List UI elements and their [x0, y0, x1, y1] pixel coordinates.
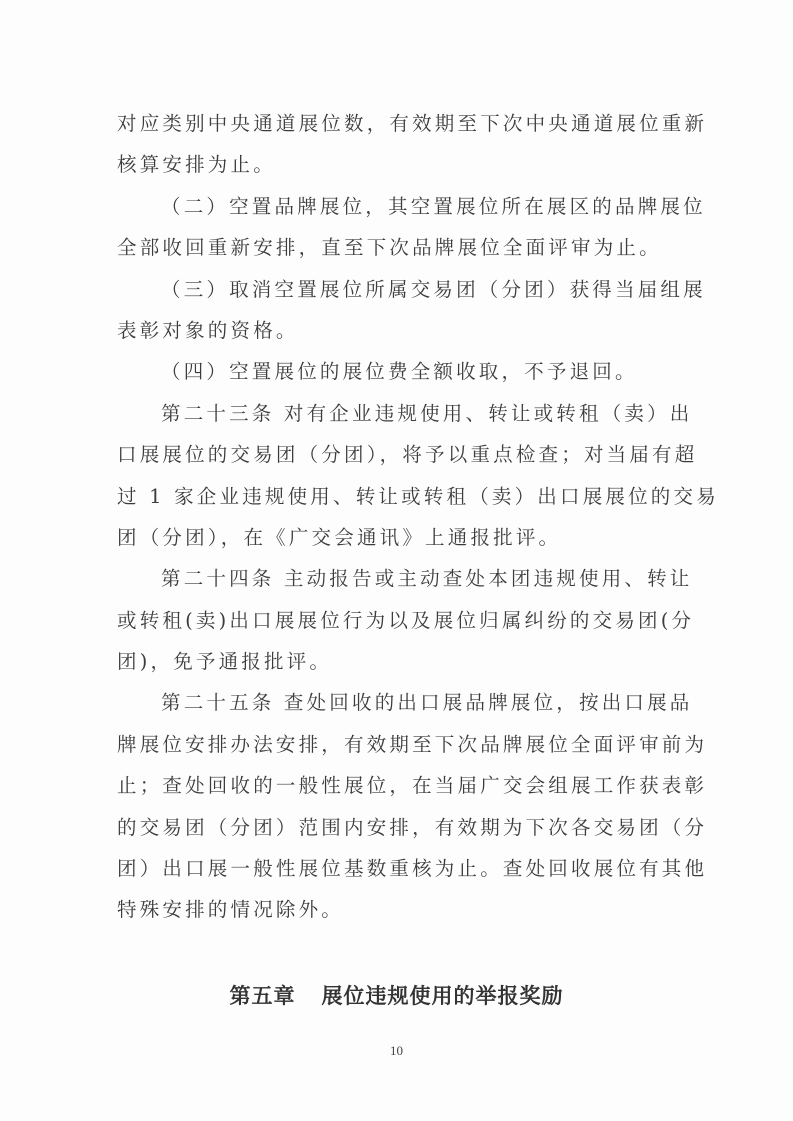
document-page: 对应类别中央通道展位数，有效期至下次中央通道展位重新 核算安排为止。 （二）空置… — [0, 0, 793, 1121]
text-line: （二）空置品牌展位，其空置展位所在展区的品牌展位 — [117, 186, 673, 227]
text-line: 团（分团），在《广交会通讯》上通报批评。 — [117, 517, 673, 558]
text-line: 特殊安排的情况除外。 — [117, 889, 673, 930]
article-23-line: 第二十三条 对有企业违规使用、转让或转租（卖）出 — [117, 393, 673, 434]
chapter-title: 展位违规使用的举报奖励 — [322, 984, 564, 1008]
text-line: 的交易团（分团）范围内安排，有效期为下次各交易团（分 — [117, 807, 673, 848]
page-number: 10 — [0, 1043, 793, 1059]
text-line: 团）出口展一般性展位基数重核为止。查处回收展位有其他 — [117, 848, 673, 889]
text-line: 全部收回重新安排，直至下次品牌展位全面评审为止。 — [117, 227, 673, 268]
text-line: 牌展位安排办法安排，有效期至下次品牌展位全面评审前为 — [117, 724, 673, 765]
text-line: 表彰对象的资格。 — [117, 310, 673, 351]
chapter-heading: 第五章展位违规使用的举报奖励 — [0, 980, 793, 1010]
text-line: （三）取消空置展位所属交易团（分团）获得当届组展 — [117, 269, 673, 310]
text-line: 口展展位的交易团（分团），将予以重点检查；对当届有超 — [117, 434, 673, 475]
text-line: 对应类别中央通道展位数，有效期至下次中央通道展位重新 — [117, 103, 673, 144]
text-line: 或转租(卖)出口展展位行为以及展位归属纠纷的交易团(分 — [117, 600, 673, 641]
chapter-number: 第五章 — [230, 984, 296, 1008]
body-text: 对应类别中央通道展位数，有效期至下次中央通道展位重新 核算安排为止。 （二）空置… — [117, 103, 673, 931]
text-line: （四）空置展位的展位费全额收取，不予退回。 — [117, 351, 673, 392]
text-line: 过 1 家企业违规使用、转让或转租（卖）出口展展位的交易 — [117, 476, 673, 517]
text-line: 团)，免予通报批评。 — [117, 641, 673, 682]
article-25-line: 第二十五条 查处回收的出口展品牌展位，按出口展品 — [117, 682, 673, 723]
text-line: 核算安排为止。 — [117, 144, 673, 185]
article-24-line: 第二十四条 主动报告或主动查处本团违规使用、转让 — [117, 558, 673, 599]
text-line: 止；查处回收的一般性展位，在当届广交会组展工作获表彰 — [117, 765, 673, 806]
